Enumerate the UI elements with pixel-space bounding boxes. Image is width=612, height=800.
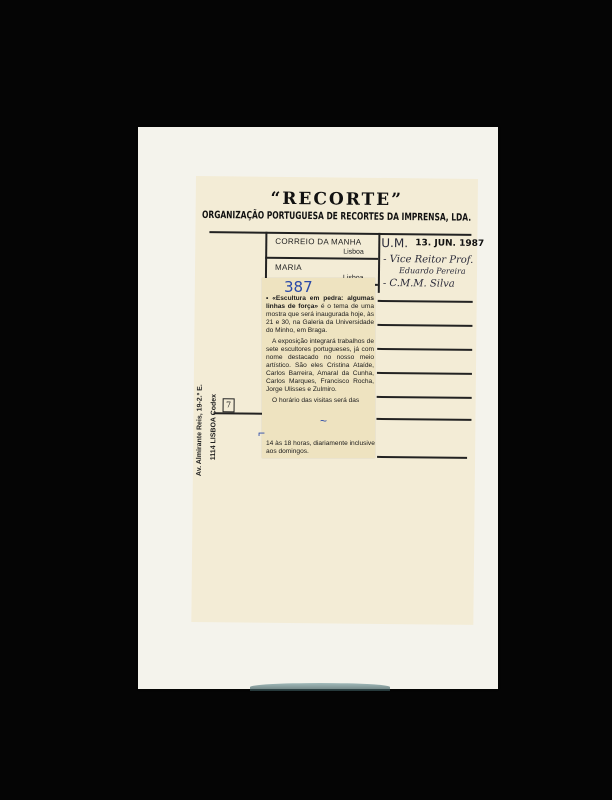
handwritten-note-1: - Vice Reitor Prof. bbox=[383, 254, 473, 266]
column-divider-2 bbox=[378, 233, 380, 293]
header-divider bbox=[209, 231, 471, 235]
handwritten-note-2: Eduardo Pereira bbox=[399, 266, 466, 276]
paper-curl-shadow bbox=[250, 683, 390, 691]
pen-mark-icon: ~ bbox=[320, 414, 327, 428]
publication-city: Lisboa bbox=[343, 249, 364, 256]
form-line bbox=[376, 418, 471, 420]
handwritten-ref: U.M. bbox=[381, 236, 408, 250]
handwritten-note-3: - C.M.M. Silva bbox=[383, 278, 455, 290]
clipping-body: • «Escultura em pedra: algumas linhas de… bbox=[266, 295, 374, 408]
publication-name: MARIA bbox=[275, 263, 302, 272]
form-line bbox=[377, 348, 472, 350]
publication-name: CORREIO DA MANHA bbox=[275, 237, 361, 247]
clipping-paragraph-2: A exposição integrará trabalhos de sete … bbox=[266, 338, 374, 394]
organization-name: ORGANIZAÇÃO PORTUGUESA DE RECORTES DA IM… bbox=[196, 208, 478, 223]
form-line bbox=[377, 456, 467, 458]
clipping-number: 387 bbox=[284, 278, 313, 296]
form-line bbox=[377, 372, 472, 374]
box-number: 7 bbox=[223, 398, 235, 412]
row-divider bbox=[265, 257, 378, 260]
pen-bracket-icon: ⌐ bbox=[258, 426, 265, 440]
form-line bbox=[377, 324, 472, 326]
form-line bbox=[378, 300, 473, 302]
slip-title: “RECORTE” bbox=[196, 188, 478, 211]
clipping-paragraph-3: O horário das visitas será das bbox=[266, 397, 374, 405]
address-line-2: 1114 LISBOA Codex bbox=[207, 384, 222, 476]
date-stamp: 13. JUN. 1987 bbox=[415, 238, 484, 249]
address-block: Av. Almirante Reis, 19-2.º E. 1114 LISBO… bbox=[193, 384, 222, 476]
clipping-paragraph-1: • «Escultura em pedra: algumas linhas de… bbox=[266, 295, 374, 335]
address-line-1: Av. Almirante Reis, 19-2.º E. bbox=[193, 384, 208, 476]
newspaper-clipping: 387 • «Escultura em pedra: algumas linha… bbox=[262, 278, 375, 458]
clipping-continuation: 14 às 18 horas, diariamente inclusive ao… bbox=[266, 440, 376, 456]
form-line bbox=[377, 396, 472, 398]
